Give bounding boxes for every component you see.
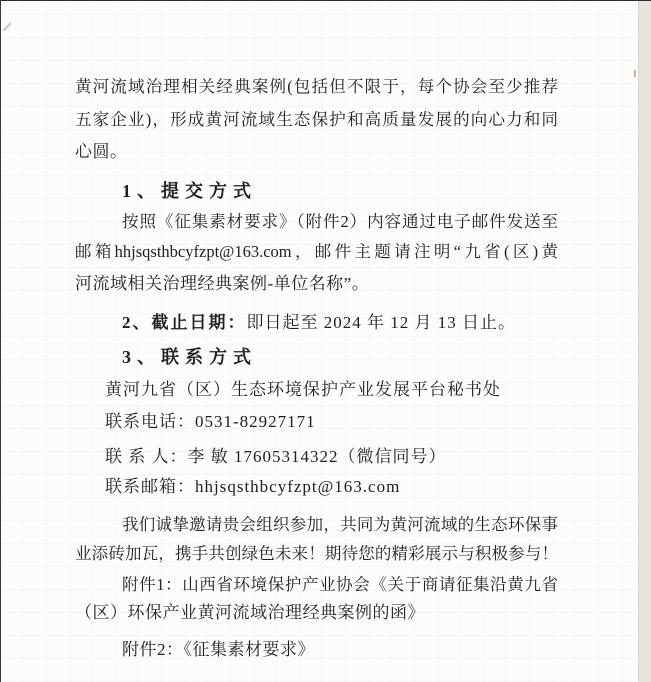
contact-person-line: 联 系 人：李 敏 17605314322（微信同号） xyxy=(105,445,447,469)
scan-smudge-mark xyxy=(3,22,11,31)
doc-line: 五家企业)，形成黄河流域生态保护和高质量发展的向心力和同 xyxy=(75,108,558,132)
attachment-2-line: 附件2：《征集素材要求》 xyxy=(122,638,315,662)
top-edge-line xyxy=(0,0,651,1)
attachment-1-line: 附件1：山西省环境保护产业协会《关于商请征集沿黄九省 xyxy=(122,573,558,597)
contact-phone-line: 联系电话：0531-82927171 xyxy=(105,410,316,434)
doc-line: 心圆。 xyxy=(75,140,128,164)
heading-contact: 3、联系方式 xyxy=(122,345,257,369)
heading-submission-method: 1、提交方式 xyxy=(122,179,257,203)
deadline-label: 2、截止日期： xyxy=(122,313,247,332)
doc-line: 按照《征集素材要求》（附件2）内容通过电子邮件发送至 xyxy=(122,210,558,234)
left-edge-line xyxy=(0,0,1,682)
doc-line: 业添砖加瓦，携手共创绿色未来！期待您的精彩展示与积极参与！ xyxy=(75,542,558,566)
doc-line: 黄河流域治理相关经典案例(包括但不限于，每个协会至少推荐 xyxy=(75,75,558,99)
doc-line: 河流域相关治理经典案例-单位名称”。 xyxy=(75,272,369,296)
scan-tick-mark xyxy=(634,70,636,77)
deadline-value: 即日起至 2024 年 12 月 13 日止。 xyxy=(247,313,517,332)
page-right-backdrop xyxy=(638,0,651,682)
contact-org-line: 黄河九省（区）生态环境保护产业发展平台秘书处 xyxy=(105,378,501,402)
heading-deadline: 2、截止日期：即日起至 2024 年 12 月 13 日止。 xyxy=(122,311,516,335)
contact-email-line: 联系邮箱：hhjsqsthbcyfzpt@163.com xyxy=(105,475,400,499)
doc-line-email: 邮箱hhjsqsthbcyfzpt@163.com，邮件主题请注明“九省(区)黄 xyxy=(75,240,558,264)
attachment-1-line-cont: （区）环保产业黄河流域治理经典案例的函》 xyxy=(75,601,425,625)
doc-line: 我们诚挚邀请贵会组织参加，共同为黄河流域的生态环保事 xyxy=(122,513,558,537)
